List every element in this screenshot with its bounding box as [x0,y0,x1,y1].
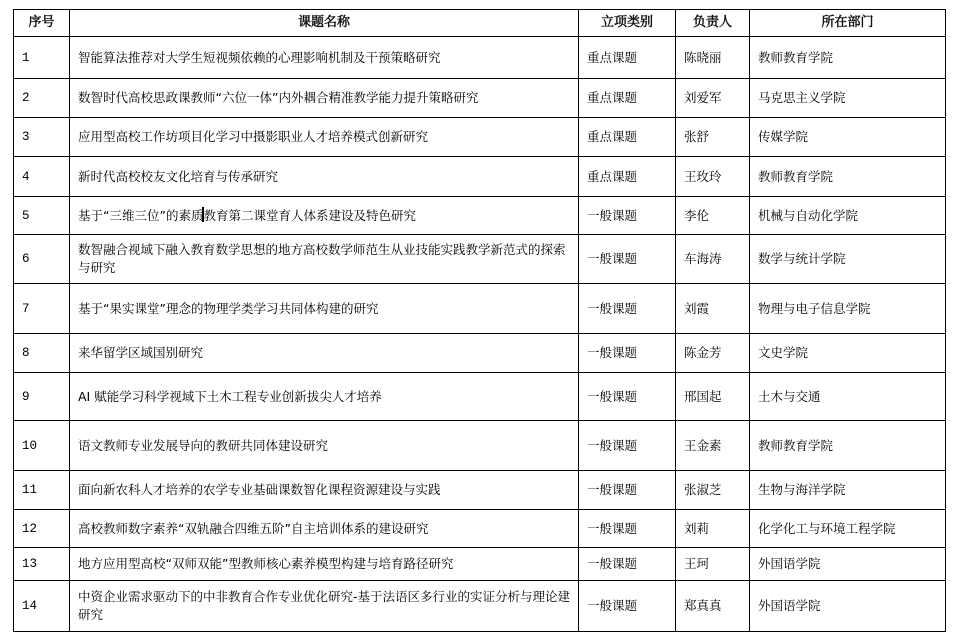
table-row: 3 应用型高校工作坊项目化学习中摄影职业人才培养模式创新研究 重点课题 张舒 传… [14,118,946,157]
table-row: 10 语文教师专业发展导向的教研共同体建设研究 一般课题 王金素 教师教育学院 [14,421,946,471]
cell-leader[interactable]: 刘霞 [676,284,750,334]
cell-title[interactable]: 地方应用型高校“双师双能”型教师核心素养模型构建与培育路径研究 [70,548,579,581]
cell-seq[interactable]: 13 [14,548,70,581]
cell-department[interactable]: 教师教育学院 [750,157,946,197]
cell-title[interactable]: 面向新农科人才培养的农学专业基础课数智化课程资源建设与实践 [70,471,579,510]
header-seq: 序号 [14,10,70,37]
cell-seq[interactable]: 2 [14,79,70,118]
header-department: 所在部门 [750,10,946,37]
cell-category[interactable]: 一般课题 [579,197,676,235]
cell-department[interactable]: 文史学院 [750,334,946,373]
table-row: 7 基于“果实课堂”理念的物理学类学习共同体构建的研究 一般课题 刘霞 物理与电… [14,284,946,334]
cell-category[interactable]: 重点课题 [579,37,676,79]
cell-category[interactable]: 一般课题 [579,510,676,548]
table-row: 2 数智时代高校思政课教师“六位一体”内外耦合精准教学能力提升策略研究 重点课题… [14,79,946,118]
table-row: 1 智能算法推荐对大学生短视频依赖的心理影响机制及干预策略研究 重点课题 陈晓丽… [14,37,946,79]
cell-category[interactable]: 一般课题 [579,471,676,510]
cell-category[interactable]: 一般课题 [579,581,676,632]
cell-title[interactable]: 数智时代高校思政课教师“六位一体”内外耦合精准教学能力提升策略研究 [70,79,579,118]
cell-leader[interactable]: 刘莉 [676,510,750,548]
cell-department[interactable]: 马克思主义学院 [750,79,946,118]
cell-department[interactable]: 化学化工与环境工程学院 [750,510,946,548]
cell-seq[interactable]: 11 [14,471,70,510]
cell-seq[interactable]: 1 [14,37,70,79]
cell-title[interactable]: AI 赋能学习科学视域下土木工程专业创新拔尖人才培养 [70,373,579,421]
cell-leader[interactable]: 王金素 [676,421,750,471]
cell-seq[interactable]: 4 [14,157,70,197]
cell-seq[interactable]: 8 [14,334,70,373]
cell-seq[interactable]: 14 [14,581,70,632]
cell-title[interactable]: 基于“果实课堂”理念的物理学类学习共同体构建的研究 [70,284,579,334]
cell-department[interactable]: 教师教育学院 [750,421,946,471]
title-text-before-cursor: 基于“三维三位”的素质 [78,208,203,223]
cell-title[interactable]: 智能算法推荐对大学生短视频依赖的心理影响机制及干预策略研究 [70,37,579,79]
cell-department[interactable]: 机械与自动化学院 [750,197,946,235]
cell-seq[interactable]: 10 [14,421,70,471]
cell-department[interactable]: 数学与统计学院 [750,235,946,284]
cell-leader[interactable]: 陈晓丽 [676,37,750,79]
cell-leader[interactable]: 李伦 [676,197,750,235]
cell-title[interactable]: 应用型高校工作坊项目化学习中摄影职业人才培养模式创新研究 [70,118,579,157]
header-title: 课题名称 [70,10,579,37]
table-row: 5 基于“三维三位”的素质教育第二课堂育人体系建设及特色研究 一般课题 李伦 机… [14,197,946,235]
cell-leader[interactable]: 张淑芝 [676,471,750,510]
cell-title[interactable]: 中资企业需求驱动下的中非教育合作专业优化研究-基于法语区多行业的实证分析与理论建… [70,581,579,632]
cell-category[interactable]: 重点课题 [579,79,676,118]
cell-leader[interactable]: 张舒 [676,118,750,157]
header-category: 立项类别 [579,10,676,37]
cell-department[interactable]: 外国语学院 [750,581,946,632]
cell-category[interactable]: 一般课题 [579,334,676,373]
projects-table: 序号 课题名称 立项类别 负责人 所在部门 1 智能算法推荐对大学生短视频依赖的… [13,9,946,632]
cell-seq[interactable]: 3 [14,118,70,157]
cell-seq[interactable]: 5 [14,197,70,235]
cell-category[interactable]: 一般课题 [579,373,676,421]
cell-department[interactable]: 传媒学院 [750,118,946,157]
cell-seq[interactable]: 12 [14,510,70,548]
cell-title[interactable]: 来华留学区域国别研究 [70,334,579,373]
cell-leader[interactable]: 车海涛 [676,235,750,284]
cell-leader[interactable]: 王玫玲 [676,157,750,197]
cell-department[interactable]: 物理与电子信息学院 [750,284,946,334]
table-row: 4 新时代高校校友文化培育与传承研究 重点课题 王玫玲 教师教育学院 [14,157,946,197]
header-row: 序号 课题名称 立项类别 负责人 所在部门 [14,10,946,37]
cell-seq[interactable]: 6 [14,235,70,284]
table-row: 8 来华留学区域国别研究 一般课题 陈金芳 文史学院 [14,334,946,373]
cell-category[interactable]: 重点课题 [579,157,676,197]
cell-category[interactable]: 一般课题 [579,421,676,471]
cell-seq[interactable]: 9 [14,373,70,421]
table-row: 13 地方应用型高校“双师双能”型教师核心素养模型构建与培育路径研究 一般课题 … [14,548,946,581]
cell-category[interactable]: 重点课题 [579,118,676,157]
cell-leader[interactable]: 郑真真 [676,581,750,632]
cell-category[interactable]: 一般课题 [579,284,676,334]
cell-title[interactable]: 新时代高校校友文化培育与传承研究 [70,157,579,197]
cell-category[interactable]: 一般课题 [579,235,676,284]
table-row: 9 AI 赋能学习科学视域下土木工程专业创新拔尖人才培养 一般课题 邢国起 土木… [14,373,946,421]
cell-leader[interactable]: 邢国起 [676,373,750,421]
header-leader: 负责人 [676,10,750,37]
cell-leader[interactable]: 刘爱军 [676,79,750,118]
cell-title[interactable]: 语文教师专业发展导向的教研共同体建设研究 [70,421,579,471]
cell-department[interactable]: 教师教育学院 [750,37,946,79]
table-row: 11 面向新农科人才培养的农学专业基础课数智化课程资源建设与实践 一般课题 张淑… [14,471,946,510]
cell-department[interactable]: 外国语学院 [750,548,946,581]
cell-department[interactable]: 生物与海洋学院 [750,471,946,510]
table-row: 14 中资企业需求驱动下的中非教育合作专业优化研究-基于法语区多行业的实证分析与… [14,581,946,632]
table-row: 12 高校教师数字素养“双轨融合四维五阶”自主培训体系的建设研究 一般课题 刘莉… [14,510,946,548]
cell-department[interactable]: 土木与交通 [750,373,946,421]
cell-title[interactable]: 高校教师数字素养“双轨融合四维五阶”自主培训体系的建设研究 [70,510,579,548]
cell-title-with-cursor[interactable]: 基于“三维三位”的素质教育第二课堂育人体系建设及特色研究 [70,197,579,235]
title-text-after-cursor: 教育第二课堂育人体系建设及特色研究 [203,208,416,223]
cell-leader[interactable]: 陈金芳 [676,334,750,373]
table-row: 6 数智融合视域下融入教育数学思想的地方高校数学师范生从业技能实践教学新范式的探… [14,235,946,284]
cell-seq[interactable]: 7 [14,284,70,334]
cell-category[interactable]: 一般课题 [579,548,676,581]
cell-leader[interactable]: 王珂 [676,548,750,581]
cell-title[interactable]: 数智融合视域下融入教育数学思想的地方高校数学师范生从业技能实践教学新范式的探索与… [70,235,579,284]
